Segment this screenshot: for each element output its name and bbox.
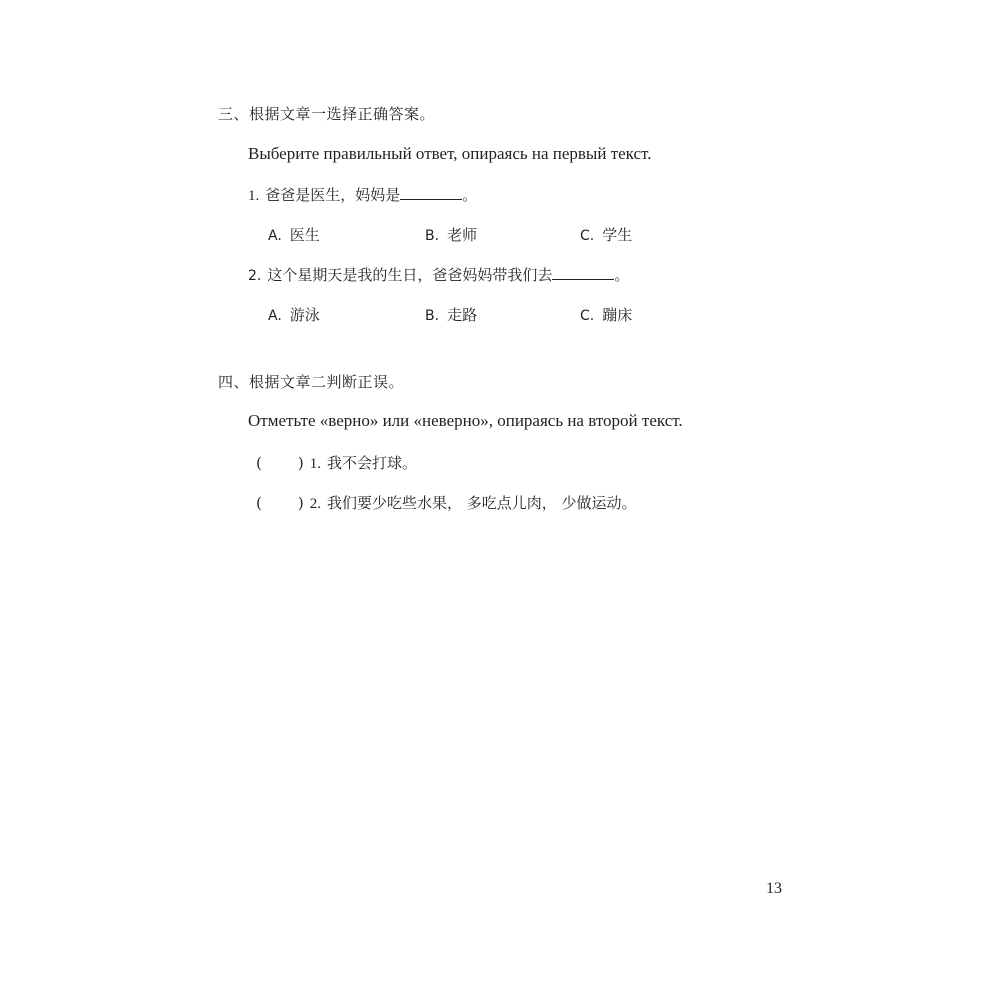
- option-label: A.: [268, 308, 282, 324]
- option-2c[interactable]: C.蹦床: [580, 304, 632, 325]
- question-2: 2.这个星期天是我的生日，爸爸妈妈带我们去。: [248, 264, 629, 285]
- question-number: 2.: [248, 268, 261, 284]
- question-text: 爸爸是医生，妈妈是: [265, 186, 400, 204]
- item-text: 我不会打球。: [327, 454, 417, 472]
- question-1: 1.爸爸是医生，妈妈是。: [248, 184, 477, 205]
- option-text: 游泳: [290, 306, 320, 324]
- option-2a[interactable]: A.游泳: [268, 304, 320, 325]
- question-number: 1.: [248, 188, 259, 204]
- answer-bracket-close: ): [298, 454, 304, 472]
- answer-bracket-open[interactable]: (: [256, 494, 262, 512]
- option-label: C.: [580, 308, 594, 324]
- answer-blank[interactable]: [552, 265, 614, 280]
- item-number: 2.: [310, 496, 321, 512]
- option-text: 学生: [602, 226, 632, 244]
- option-2b[interactable]: B.走路: [425, 304, 477, 325]
- question-text: 这个星期天是我的生日，爸爸妈妈带我们去: [267, 266, 552, 284]
- answer-bracket-close: ): [298, 494, 304, 512]
- answer-bracket-open[interactable]: (: [256, 454, 262, 472]
- option-text: 蹦床: [602, 306, 632, 324]
- item-number: 1.: [310, 456, 321, 472]
- section-3-instruction: Выберите правильный ответ, опираясь на п…: [248, 144, 651, 164]
- option-text: 老师: [447, 226, 477, 244]
- option-1c[interactable]: C.学生: [580, 224, 632, 245]
- option-1a[interactable]: A.医生: [268, 224, 320, 245]
- section-4-title: 四、根据文章二判断正误。: [218, 371, 404, 392]
- option-label: B.: [425, 308, 439, 324]
- option-label: B.: [425, 228, 439, 244]
- section-3-title: 三、根据文章一选择正确答案。: [218, 103, 435, 124]
- item-text: 我们要少吃些水果， 多吃点儿肉， 少做运动。: [327, 494, 637, 512]
- answer-blank[interactable]: [400, 185, 462, 200]
- option-1b[interactable]: B.老师: [425, 224, 477, 245]
- option-label: C.: [580, 228, 594, 244]
- true-false-item-1: ()1.我不会打球。: [256, 452, 417, 473]
- section-4-instruction: Отметьте «верно» или «неверно», опираясь…: [248, 411, 683, 431]
- question-end: 。: [462, 186, 477, 204]
- option-text: 走路: [447, 306, 477, 324]
- true-false-item-2: ()2.我们要少吃些水果， 多吃点儿肉， 少做运动。: [256, 492, 637, 513]
- option-label: A.: [268, 228, 282, 244]
- page-number: 13: [766, 880, 782, 898]
- option-text: 医生: [290, 226, 320, 244]
- question-end: 。: [614, 266, 629, 284]
